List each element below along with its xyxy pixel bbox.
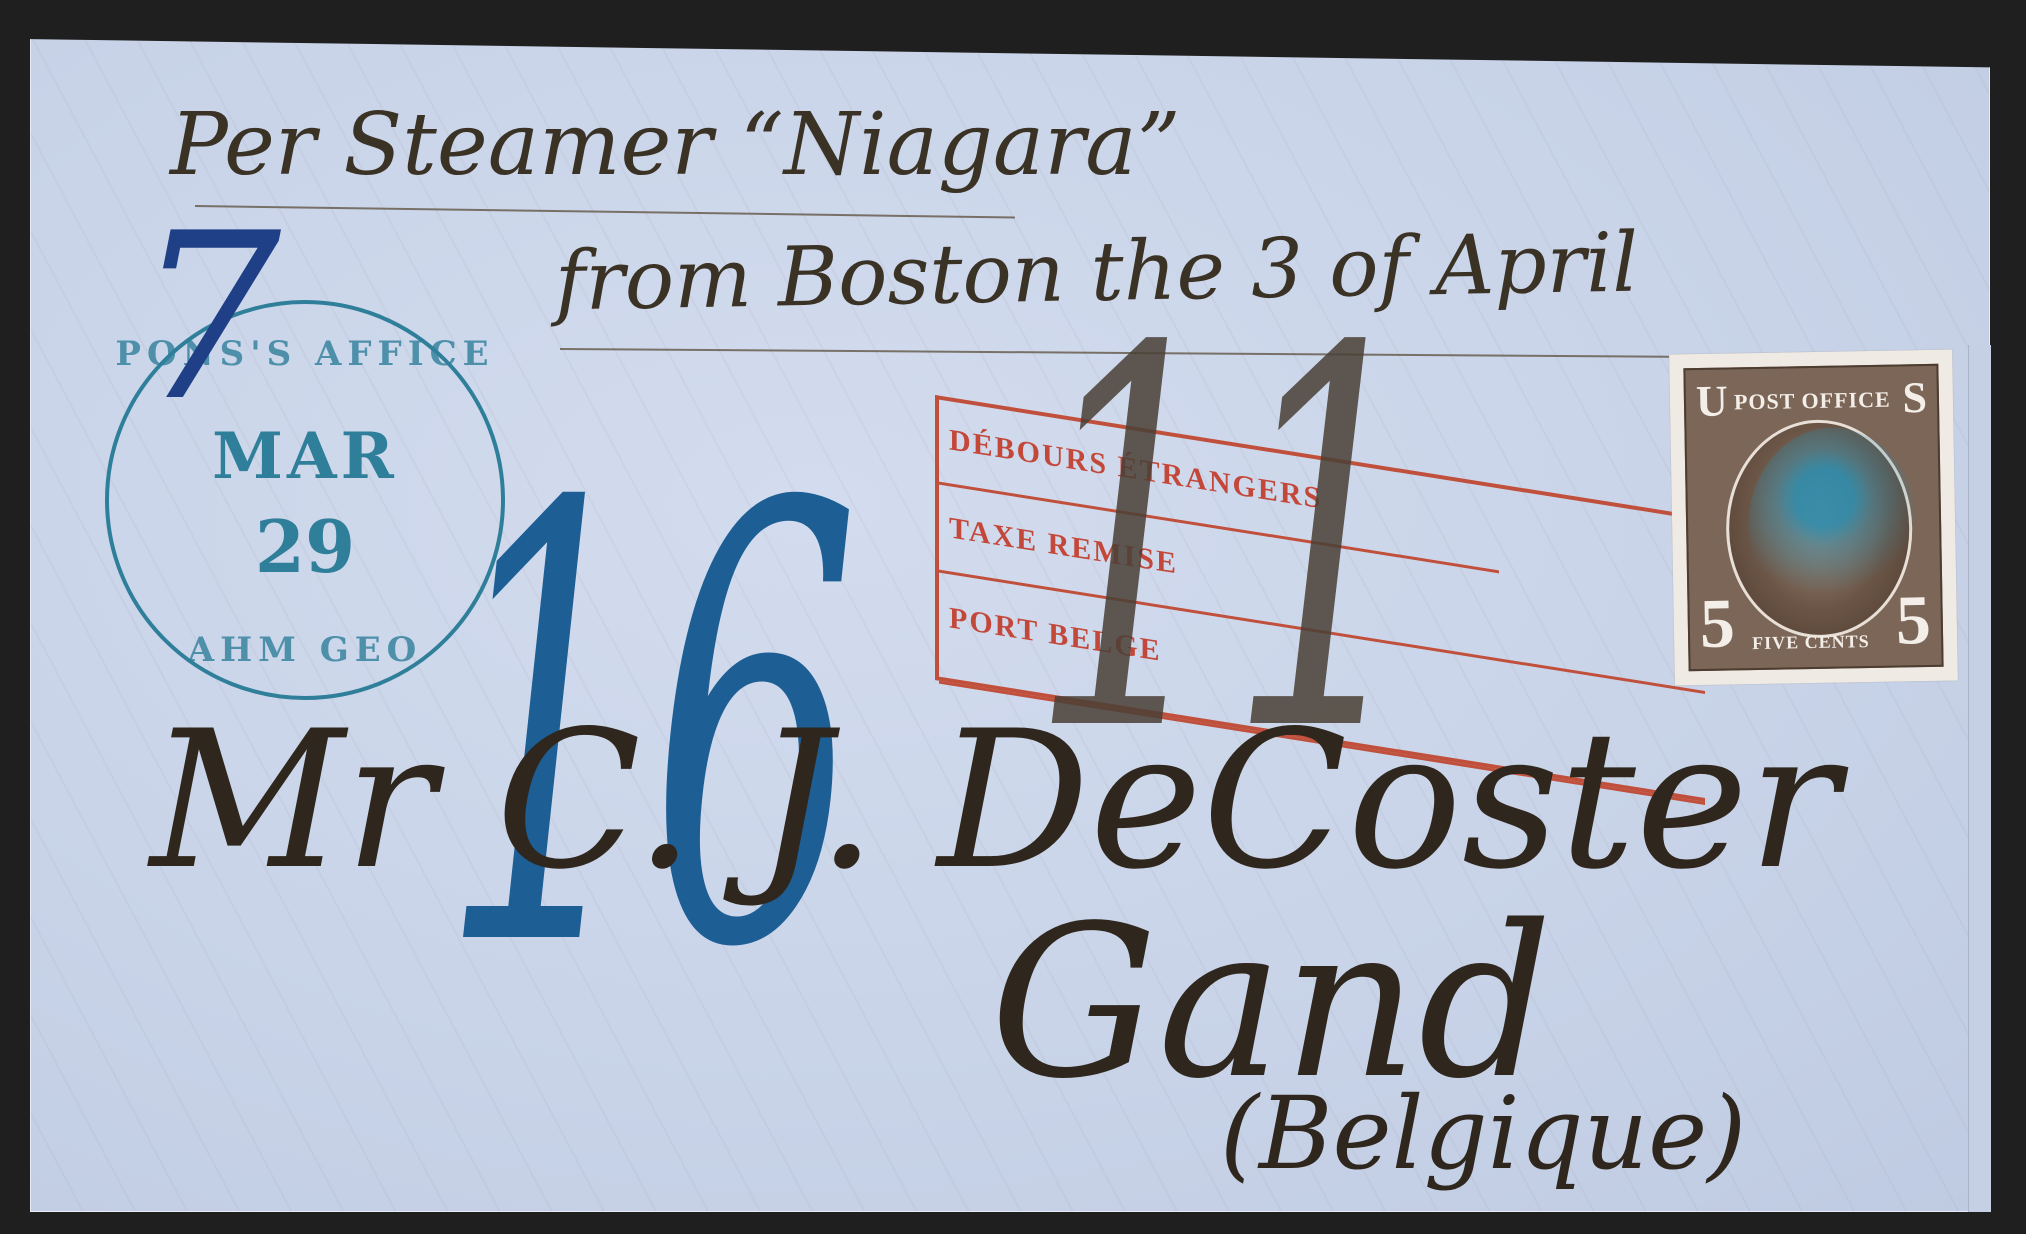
- stamp-post-office: POST OFFICE: [1734, 387, 1891, 416]
- route-endorsement-line-1: Per Steamer “Niagara”: [170, 95, 1181, 195]
- folded-edge: [1968, 345, 1991, 1212]
- stamp-five-cents: FIVE CENTS: [1752, 631, 1870, 654]
- stamp-value-right: 5: [1895, 581, 1931, 662]
- addressee-country: (Belgique): [1220, 1075, 1746, 1192]
- stamp-letter-u: U: [1696, 375, 1729, 427]
- addressee-name: Mr C. J. DeCoster: [150, 690, 1839, 911]
- franklin-5c-stamp: U S POST OFFICE 5 5 FIVE CENTS: [1669, 350, 1958, 686]
- blue-rate-marking-7: 7: [135, 185, 281, 452]
- stamp-letter-s: S: [1902, 372, 1927, 423]
- stamp-value-left: 5: [1699, 584, 1735, 665]
